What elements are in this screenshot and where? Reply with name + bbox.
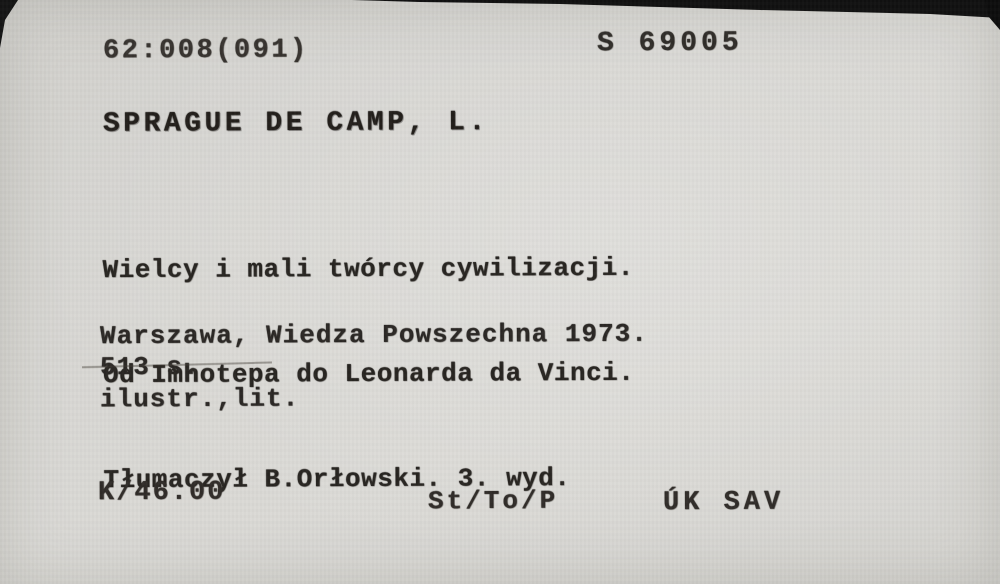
price-code: K/46.00 <box>98 478 226 509</box>
title-line-1: Wielcy i mali twórcy cywilizacji. <box>102 251 634 288</box>
library-stamp: ÚK SAV <box>663 488 784 519</box>
accession-number: S 69005 <box>597 28 743 60</box>
catalog-card-scan: 62:008(091) S 69005 SPRAGUE DE CAMP, L. … <box>0 0 1000 584</box>
classification-number: 62:008(091) <box>103 36 309 67</box>
pagination-line: 513 s. <box>100 352 200 382</box>
imprint-line: Warszawa, Wiedza Powszechna 1973. <box>100 319 648 351</box>
author-heading: SPRAGUE DE CAMP, L. <box>103 107 489 140</box>
location-code: St/To/P <box>428 486 558 517</box>
physical-details-line: ilustr.,lit. <box>100 384 299 415</box>
